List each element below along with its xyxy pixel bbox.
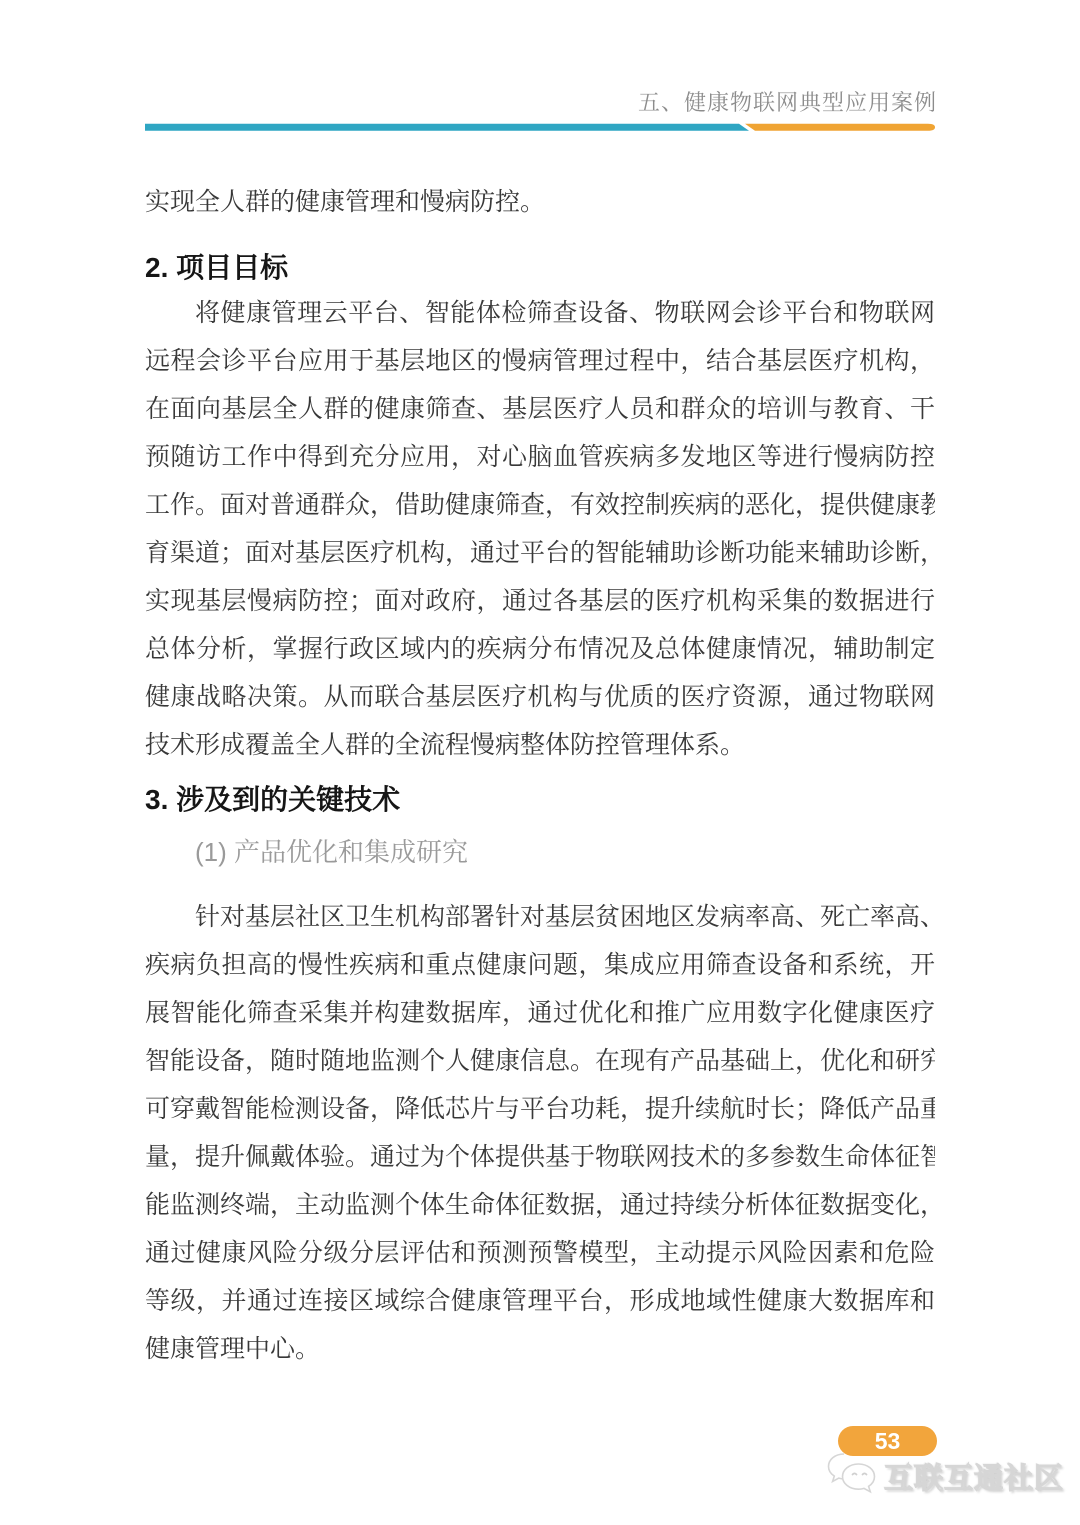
header-rule-orange-segment (745, 124, 935, 131)
text-line: 智能设备，随时随地监测个人健康信息。在现有产品基础上，优化和研究 (145, 1037, 935, 1085)
chat-bubbles-icon (826, 1452, 878, 1501)
intro-paragraph: 实现全人群的健康管理和慢病防控。 (145, 178, 935, 226)
text-line: 预随访工作中得到充分应用，对心脑血管疾病多发地区等进行慢病防控 (145, 433, 935, 481)
section-2-heading: 2. 项目目标 (145, 250, 288, 286)
text-line: 远程会诊平台应用于基层地区的慢病管理过程中，结合基层医疗机构， (145, 337, 935, 385)
text-line: 展智能化筛查采集并构建数据库，通过优化和推广应用数字化健康医疗 (145, 989, 935, 1037)
text-line: 通过健康风险分级分层评估和预测预警模型，主动提示风险因素和危险 (145, 1229, 935, 1277)
section-3-paragraph: 针对基层社区卫生机构部署针对基层贫困地区发病率高、死亡率高、 疾病负担高的慢性疾… (145, 893, 935, 1373)
text-line: 疾病负担高的慢性疾病和重点健康问题，集成应用筛查设备和系统，开 (145, 941, 935, 989)
document-page: 五、健康物联网典型应用案例 实现全人群的健康管理和慢病防控。 2. 项目目标 将… (0, 0, 1080, 1525)
header-rule-teal-segment (145, 124, 749, 131)
text-line: 实现基层慢病防控；面对政府，通过各基层的医疗机构采集的数据进行 (145, 577, 935, 625)
text-line: 健康战略决策。从而联合基层医疗机构与优质的医疗资源，通过物联网 (145, 673, 935, 721)
text-line: 等级，并通过连接区域综合健康管理平台，形成地域性健康大数据库和 (145, 1277, 935, 1325)
section-3-subheading-row: (1) 产品优化和集成研究 (145, 828, 935, 876)
text-line: 总体分析，掌握行政区域内的疾病分布情况及总体健康情况，辅助制定 (145, 625, 935, 673)
text-line: 技术形成覆盖全人群的全流程慢病整体防控管理体系。 (145, 721, 935, 769)
text-line: 健康管理中心。 (145, 1325, 935, 1373)
section-3-heading: 3. 涉及到的关键技术 (145, 782, 400, 818)
text-line: 能监测终端，主动监测个体生命体征数据，通过持续分析体征数据变化， (145, 1181, 935, 1229)
text-line: 工作。面对普通群众，借助健康筛查，有效控制疾病的恶化，提供健康教 (145, 481, 935, 529)
text-line: 将健康管理云平台、智能体检筛查设备、物联网会诊平台和物联网 (145, 289, 935, 337)
section-3-subheading: (1) 产品优化和集成研究 (145, 828, 935, 876)
section-2-paragraph: 将健康管理云平台、智能体检筛查设备、物联网会诊平台和物联网 远程会诊平台应用于基… (145, 289, 935, 769)
text-line: 在面向基层全人群的健康筛查、基层医疗人员和群众的培训与教育、干 (145, 385, 935, 433)
text-line: 实现全人群的健康管理和慢病防控。 (145, 178, 935, 226)
text-line: 量，提升佩戴体验。通过为个体提供基于物联网技术的多参数生命体征智 (145, 1133, 935, 1181)
watermark: 互联互通社区 (826, 1452, 1064, 1501)
watermark-text: 互联互通社区 (884, 1456, 1064, 1497)
text-line: 育渠道；面对基层医疗机构，通过平台的智能辅助诊断功能来辅助诊断， (145, 529, 935, 577)
text-line: 针对基层社区卫生机构部署针对基层贫困地区发病率高、死亡率高、 (145, 893, 935, 941)
header-chapter-title: 五、健康物联网典型应用案例 (638, 86, 937, 117)
header-rule (145, 123, 935, 132)
text-line: 可穿戴智能检测设备，降低芯片与平台功耗，提升续航时长；降低产品重 (145, 1085, 935, 1133)
